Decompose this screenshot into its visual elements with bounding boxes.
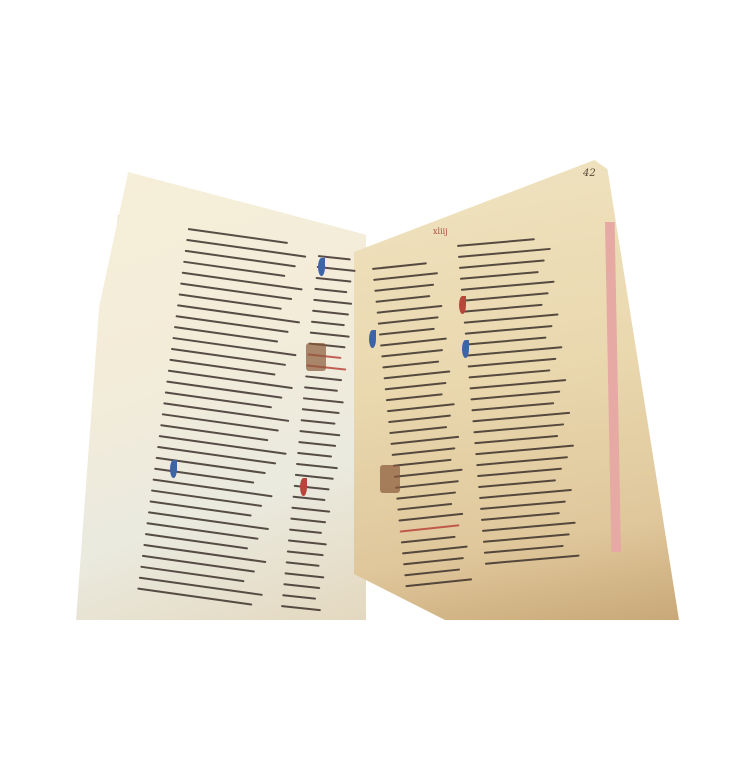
text-line [383,370,450,379]
illuminated-initial-icon [306,343,326,371]
text-line [464,313,559,323]
text-line [284,572,324,578]
text-line [298,441,336,447]
text-line [485,555,580,565]
text-line [482,522,576,532]
text-line [377,305,443,314]
folio-number: 42 [583,168,596,179]
text-line [480,501,566,510]
text-line [314,288,347,293]
rubric-marker: xliij [433,227,448,236]
text-line [385,382,447,391]
text-line [291,507,330,513]
text-line [163,402,289,422]
text-line [396,492,455,500]
text-line [392,447,456,456]
text-line [465,325,553,335]
text-line [287,550,324,556]
text-line [311,321,345,327]
text-line [460,271,539,280]
text-line [405,578,471,587]
text-line [299,430,340,436]
blue-initial-icon [170,460,177,478]
text-line [281,605,321,611]
text-line [282,594,316,600]
text-line [380,338,446,347]
text-line [313,299,352,305]
text-line [470,391,560,401]
text-line [283,583,320,589]
text-line [297,452,332,458]
text-line [288,539,327,545]
text-line [378,316,439,324]
text-line [484,545,564,554]
text-line [379,328,435,336]
text-line [463,304,543,313]
text-line [402,546,468,555]
text-line [386,393,443,401]
red-initial-icon [300,478,307,496]
text-line [373,272,438,281]
text-line [393,459,452,467]
text-line [388,415,451,424]
text-line [400,524,460,532]
text-line [294,485,330,491]
text-line [382,361,439,369]
text-line [312,310,349,316]
blue-initial-icon [369,330,376,348]
text-line [387,403,455,412]
text-line [398,513,463,522]
text-line [286,561,320,567]
text-line [477,468,562,477]
illuminated-initial-icon [380,465,400,493]
text-line [301,419,336,425]
text-line [476,456,568,466]
text-line [469,369,551,378]
text-line [186,239,306,258]
text-line [461,281,555,291]
text-line [302,408,340,414]
text-line [310,332,350,338]
text-line [483,533,570,543]
text-line [390,436,458,445]
text-line [404,568,460,576]
text-line [467,346,563,356]
text-line [290,518,326,524]
text-line [374,284,434,292]
text-line [466,337,547,346]
text-line [471,402,554,411]
text-line [481,512,560,521]
text-line [473,423,564,433]
text-line [478,479,556,488]
text-line [289,528,322,533]
text-line [305,375,342,381]
text-line [474,435,558,444]
text-line [381,349,442,357]
red-initial-icon [459,296,466,314]
text-line [315,277,351,283]
text-line [468,358,557,368]
text-line [479,489,572,499]
text-line [159,435,287,455]
text-line [462,292,549,302]
text-line [459,259,545,268]
text-line [458,248,551,258]
text-line [292,496,325,501]
text-line [397,503,452,511]
text-line [304,386,338,392]
text-line [389,426,447,434]
text-line [395,480,459,489]
text-line [469,379,566,389]
text-line [303,397,344,403]
text-line [403,557,464,565]
blue-initial-icon [462,340,469,358]
text-line [394,469,463,478]
text-line [296,463,338,469]
text-line [153,479,273,498]
text-line [375,295,430,303]
blue-initial-icon [318,258,325,276]
text-line [475,445,574,456]
text-line [472,412,570,423]
text-line [401,536,456,544]
manuscript-photo: 42 xliij [0,0,755,780]
